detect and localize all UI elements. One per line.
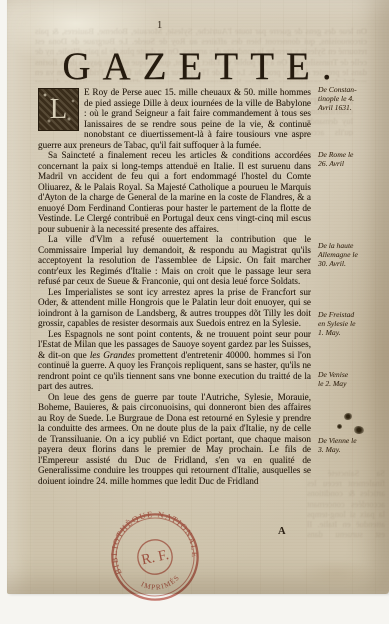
- folio-number: 1: [157, 20, 162, 31]
- margin-note-line: 30. Avril.: [318, 260, 384, 269]
- ink-blot: [344, 413, 352, 420]
- drop-cap-initial: L: [38, 88, 79, 131]
- showthrough-bottom-right: Sa Saincteté a finalement receu les arti…: [307, 468, 385, 538]
- svg-text:IMPRIMÉS: IMPRIMÉS: [138, 572, 183, 595]
- margin-note-vienne: De Vienne le 3. May.: [318, 437, 384, 455]
- paragraph-freistad: Les Imperialistes se sont icy arrestez a…: [38, 287, 311, 329]
- paragraph-rome: Sa Saincteté a finalement receu les arti…: [38, 150, 311, 234]
- emphasis-les-grandes: les Grandes: [90, 350, 135, 360]
- stamp-arc-bottom-text: IMPRIMÉS: [138, 572, 183, 595]
- paragraph-vienne: On leue des gens de guerre par toute l'A…: [38, 392, 311, 487]
- paragraph-constantinople: LE Roy de Perse auec 15. mille cheuaux &…: [38, 87, 311, 150]
- paragraph-venise: Les Espagnols ne sont point contents, & …: [38, 329, 311, 392]
- margin-note-rome: De Rome le 26. Avril: [318, 151, 384, 169]
- margin-note-line: 1. May.: [318, 329, 384, 338]
- stain: [297, 560, 377, 586]
- masthead-title: GAZETTE.: [7, 44, 389, 89]
- margin-note-line: 26. Avril: [318, 160, 384, 169]
- margin-note-freistad: De Freistad en Sylesie le 1. May.: [318, 311, 384, 337]
- stamp-center-text: R. F.: [140, 547, 170, 568]
- text-column: LE Roy de Perse auec 15. mille cheuaux &…: [38, 87, 311, 486]
- margin-note-haute-allemagne: De la haute Allemagne le 30. Avril.: [318, 242, 384, 268]
- paragraph-haute-allemagne: La ville d'Vlm a refusé ouuertement la c…: [38, 234, 311, 287]
- library-stamp: BIBLIOTHÈQUE NATIONALE IMPRIMÉS R. F.: [93, 495, 216, 600]
- ink-blot: [337, 424, 342, 429]
- margin-note-constantinople: De Constan- tinople le 4. Avril 1631.: [318, 86, 384, 112]
- margin-note-line: le 2. May: [318, 380, 384, 389]
- ink-blot: [354, 426, 364, 434]
- margin-note-venise: De Venise le 2. May: [318, 371, 384, 389]
- margin-note-line: Avril 1631.: [318, 104, 384, 113]
- stamp-graphic: BIBLIOTHÈQUE NATIONALE IMPRIMÉS R. F.: [93, 495, 216, 600]
- margin-note-line: 3. May.: [318, 446, 384, 455]
- catchword: A: [278, 526, 286, 537]
- gazette-page: On leue des gens de guerre par toute l'A…: [7, 0, 389, 594]
